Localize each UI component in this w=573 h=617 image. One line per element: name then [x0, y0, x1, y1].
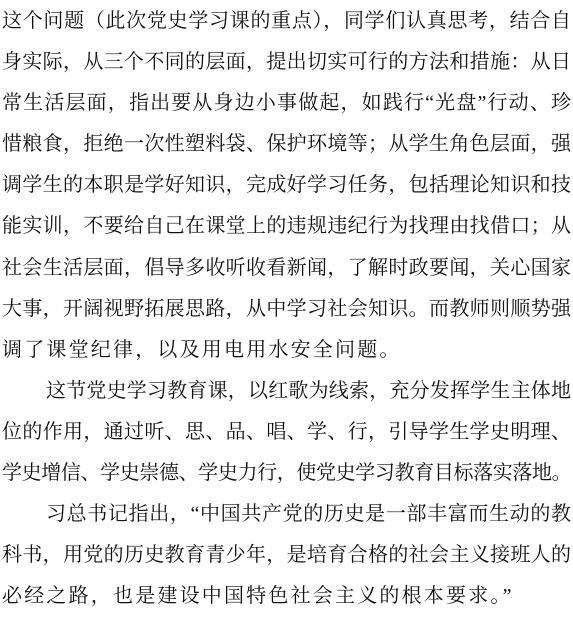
text-line: 大事，开阔视野拓展思路，从中学习社会知识。而教师则顺势强	[2, 289, 571, 330]
text-line: 位的作用，通过听、思、品、唱、学、行，引导学生学史明理、	[2, 412, 571, 453]
text-line: 惜粮食，拒绝一次性塑料袋、保护环境等；从学生角色层面，强	[2, 124, 571, 165]
text-line: 身实际，从三个不同的层面，提出切实可行的方法和措施：从日	[2, 42, 571, 83]
text-line: 常生活层面，指出要从身边小事做起，如践行“光盘”行动、珍	[2, 83, 571, 124]
document-page: 这个问题（此次党史学习课的重点），同学们认真思考，结合自身实际，从三个不同的层面…	[0, 0, 573, 617]
text-line: 调学生的本职是学好知识，完成好学习任务，包括理论知识和技	[2, 165, 571, 206]
paragraph: 习总书记指出，“中国共产党的历史是一部丰富而生动的教科书，用党的历史教育青少年，…	[2, 494, 571, 617]
text-line: 调了课堂纪律，以及用电用水安全问题。	[2, 330, 571, 371]
text-line: 必经之路，也是建设中国特色社会主义的根本要求。”	[2, 576, 571, 617]
text-line: 习总书记指出，“中国共产党的历史是一部丰富而生动的教	[2, 494, 571, 535]
paragraph: 这个问题（此次党史学习课的重点），同学们认真思考，结合自身实际，从三个不同的层面…	[2, 1, 571, 371]
text-line: 社会生活层面，倡导多收听收看新闻，了解时政要闻，关心国家	[2, 248, 571, 289]
paragraph: 这节党史学习教育课，以红歌为线索，充分发挥学生主体地位的作用，通过听、思、品、唱…	[2, 371, 571, 494]
text-line: 这个问题（此次党史学习课的重点），同学们认真思考，结合自	[2, 1, 571, 42]
text-line: 学史增信、学史崇德、学史力行，使党史学习教育目标落实落地。	[2, 453, 571, 494]
text-line: 科书，用党的历史教育青少年，是培育合格的社会主义接班人的	[2, 535, 571, 576]
text-line: 这节党史学习教育课，以红歌为线索，充分发挥学生主体地	[2, 371, 571, 412]
text-line: 能实训，不要给自己在课堂上的违规违纪行为找理由找借口；从	[2, 206, 571, 247]
